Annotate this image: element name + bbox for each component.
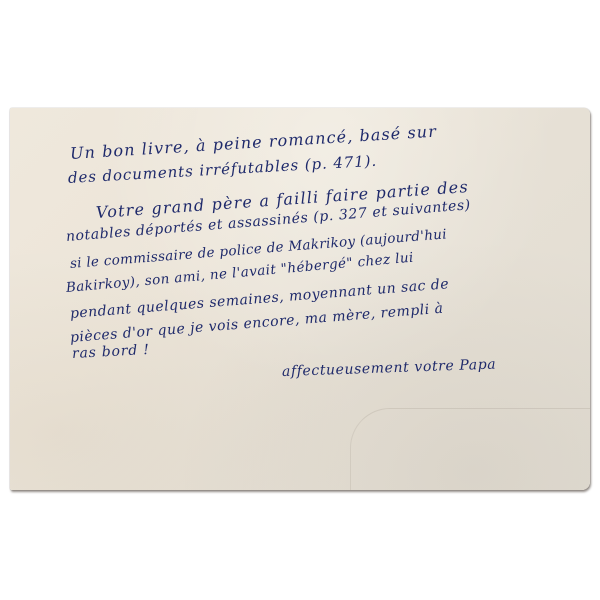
handwritten-line-9: ras bord ! (72, 342, 151, 362)
page-background: Un bon livre, à peine romancé, basé sur … (0, 0, 600, 600)
paper-crease (350, 408, 590, 490)
postcard: Un bon livre, à peine romancé, basé sur … (10, 108, 590, 490)
handwritten-line-1: Un bon livre, à peine romancé, basé sur (69, 122, 437, 163)
signature: affectueusement votre Papa (282, 357, 497, 380)
